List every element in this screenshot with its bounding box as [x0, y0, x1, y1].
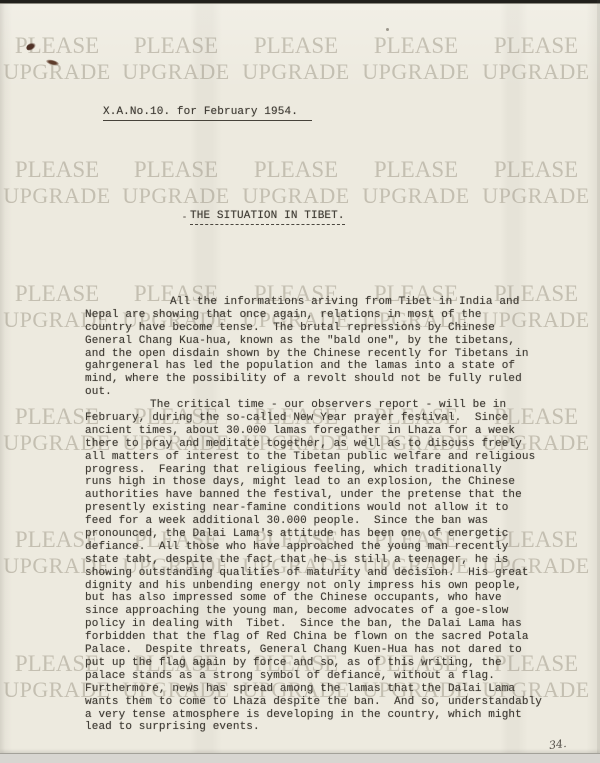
typewritten-line: since approaching the young man, become … — [85, 605, 565, 618]
scan-artifact-dot — [183, 216, 186, 218]
document-content: X.A.No.10. for February 1954. THE SITUAT… — [0, 0, 600, 763]
typewritten-line: progress. Fearing that religious feeling… — [85, 464, 565, 477]
scan-edge-top — [0, 0, 600, 4]
typewritten-line: lead to surprising events. — [85, 721, 565, 734]
paper-speck — [386, 28, 389, 31]
typewritten-line: gahrgeneral has led the population and t… — [85, 360, 565, 373]
typewritten-line: General Chang Kua-hua, known as the "bal… — [85, 335, 565, 348]
typewritten-line: presently existing near-famine condition… — [85, 502, 565, 515]
typewritten-line: wants them to come to Lhaza despite the … — [85, 696, 565, 709]
typewritten-line: February, during the so-called New Year … — [85, 412, 565, 425]
typewritten-line: forbidden that the flag of Red China be … — [85, 631, 565, 644]
typewritten-line: palace stands as a strong symbol of defi… — [85, 670, 565, 683]
typewritten-line: All the informations ariving from Tibet … — [85, 296, 565, 309]
scan-edge-bottom — [0, 753, 600, 763]
document-title: THE SITUATION IN TIBET. — [190, 210, 345, 225]
typewritten-line: dignity and his unbending energy not onl… — [85, 580, 565, 593]
typewritten-line: state taht, despite the fact that he is … — [85, 554, 565, 567]
typewritten-line: put up the flag again by force and so, a… — [85, 657, 565, 670]
typewritten-line: policy in dealing with Tibet. Since the … — [85, 618, 565, 631]
document-body: All the informations ariving from Tibet … — [85, 296, 565, 734]
typewritten-line: Furthermore, news has spread among the l… — [85, 683, 565, 696]
scanned-document-page: PLEASEUPGRADEPLEASEUPGRADEPLEASEUPGRADEP… — [0, 0, 600, 763]
typewritten-line: Palace. Despite threats, General Chang K… — [85, 644, 565, 657]
typewritten-line: all matters of interest to the Tibetan p… — [85, 451, 565, 464]
typewritten-line: but has also impressed some of the Chine… — [85, 592, 565, 605]
typewritten-line: defiance. All those who have approached … — [85, 541, 565, 554]
typewritten-line: mind, where the possibility of a revolt … — [85, 373, 565, 386]
typewritten-line: showing outstanding qualities of maturit… — [85, 567, 565, 580]
typewritten-line: ancient times, about 30.000 lamas forega… — [85, 425, 565, 438]
typewritten-line: pronounced, the Dalai Lama's attitude ha… — [85, 528, 565, 541]
typewritten-line: out. — [85, 386, 565, 399]
typewritten-line: The critical time - our observers report… — [85, 399, 565, 412]
typewritten-line: Nepal are showing that once again, relat… — [85, 309, 565, 322]
document-reference-line: X.A.No.10. for February 1954. — [103, 106, 312, 121]
typewritten-line: a very tense atmosphere is developing in… — [85, 709, 565, 722]
typewritten-line: there to pray and meditate together, as … — [85, 438, 565, 451]
typewritten-line: and the open disdain shown by the Chines… — [85, 348, 565, 361]
typewritten-line: country have become tense. The brutal re… — [85, 322, 565, 335]
typewritten-line: feed for a week additional 30.000 people… — [85, 515, 565, 528]
handwritten-page-number: 34. — [548, 737, 567, 752]
typewritten-line: authorities have banned the festival, un… — [85, 489, 565, 502]
typewritten-line: runs high in those days, might lead to a… — [85, 476, 565, 489]
